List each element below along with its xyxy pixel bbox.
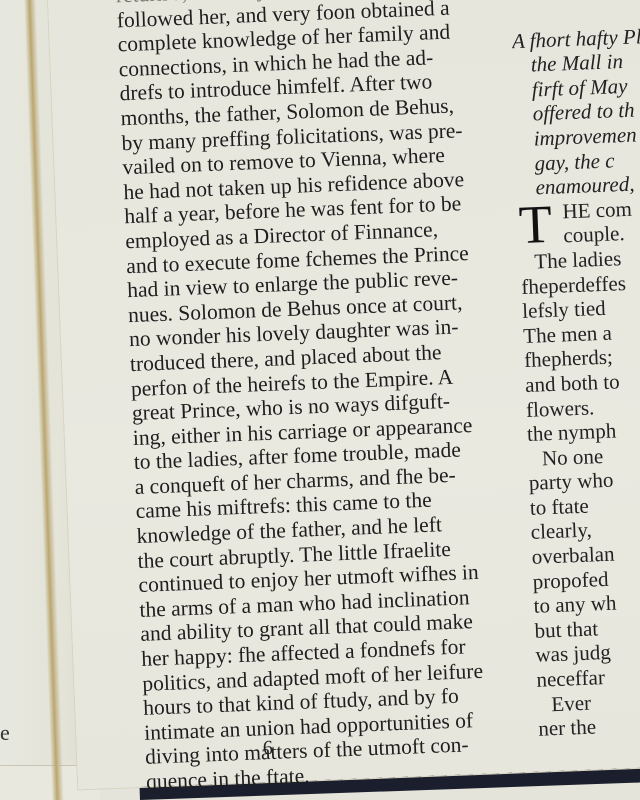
left-text-column: return'd, and very foon obtained a follo…	[115, 0, 516, 794]
text-line: clearly,	[530, 514, 640, 545]
dropcap-letter: T	[518, 202, 553, 247]
page-number: 6	[262, 737, 273, 760]
right-text-column: mony, having A fhort hafty Pla the Mall …	[509, 0, 640, 742]
text-line: to ftate	[529, 490, 640, 521]
text-line: to any wh	[533, 588, 640, 619]
dropcap-line: T HE com	[518, 195, 640, 226]
document-page: return'd, and very foon obtained a follo…	[48, 0, 640, 789]
text-line: was judg	[535, 637, 640, 668]
dropcap-rest: HE com	[562, 197, 632, 224]
underlying-page-text-fragment: e	[0, 720, 10, 746]
text-line: neceffar	[536, 662, 640, 693]
text-line: ner the	[538, 711, 640, 742]
text-line: overbalan	[531, 539, 640, 570]
article-heading-line: improvemen	[515, 121, 640, 152]
